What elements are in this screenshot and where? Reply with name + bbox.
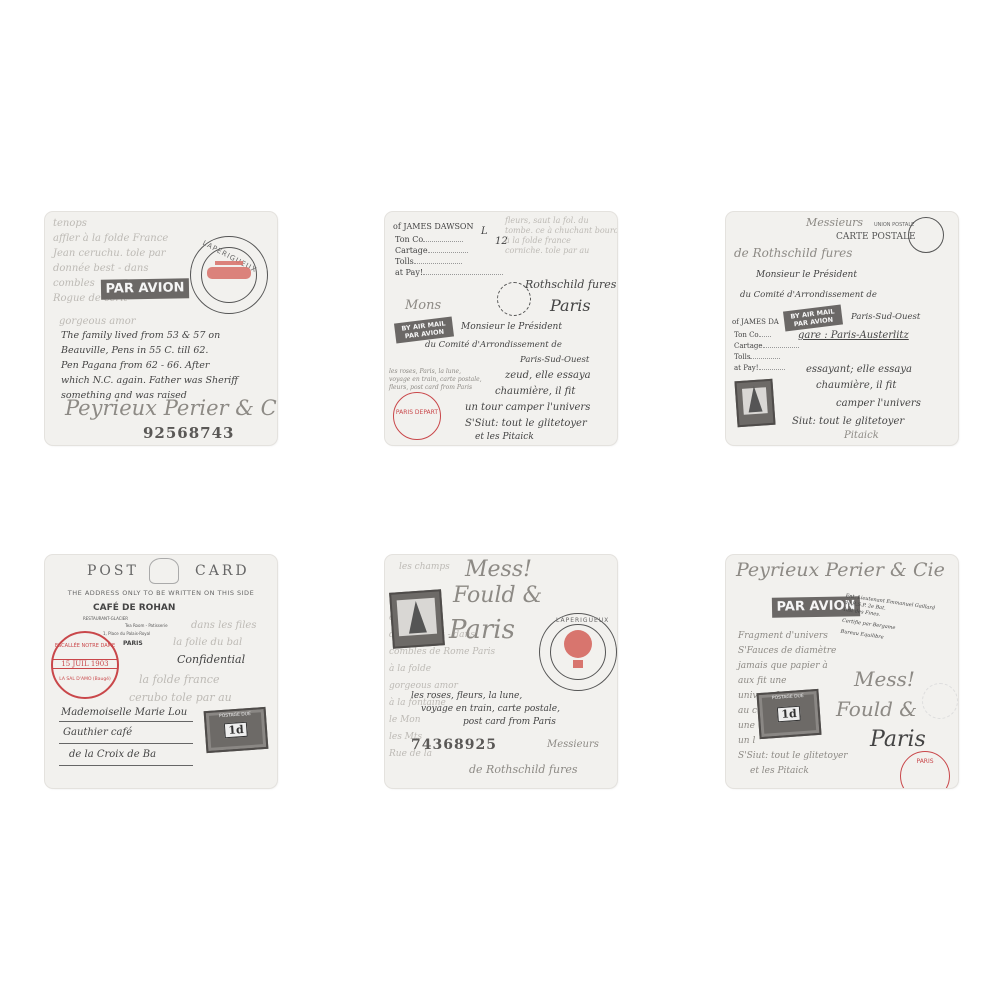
form-fields: Ton Co Cartage Tolls at Pay! [734, 330, 799, 374]
coaster-par-avion[interactable]: tenops affler à la folde France Jean cer… [45, 212, 277, 445]
postmark: LAPERIGUEUX [190, 236, 268, 314]
par-avion-label: PAR AVION [101, 278, 189, 300]
royal-crest-icon [149, 558, 179, 584]
red-postmark: ESCALLÉE NOTRE DAME 15 JUIL 1903 LA SAL … [51, 631, 119, 699]
coaster-post-card[interactable]: POST CARD THE ADDRESS ONLY TO BE WRITTEN… [45, 555, 277, 788]
carte-postale-header: CARTE POSTALE [836, 232, 916, 242]
by-air-mail-label: BY AIR MAIL PAR AVION [783, 305, 843, 332]
letter-text: The family lived from 53 & 57 on Beauvil… [61, 328, 238, 403]
faint-handwriting: fleurs, saut la fol. du tombe. ce à chuc… [505, 216, 617, 256]
coaster-by-air-mail[interactable]: of JAMES DAWSON Ton Co Cartage Tolls at … [385, 212, 617, 445]
letter-text: les roses, fleurs, la lune, voyage en tr… [411, 690, 560, 729]
eiffel-tower-stamp-icon [734, 379, 775, 428]
postmark: LAPERIGUEUX [539, 613, 617, 691]
faint-handwriting: tenops affler à la folde France Jean cer… [53, 216, 168, 329]
serial-number: 92568743 [143, 424, 235, 442]
postage-due-stamp: POSTAGE DUE 1d [204, 707, 269, 753]
coaster-carte-postale[interactable]: Messieurs UNION POSTALE CARTE POSTALE de… [726, 212, 958, 445]
signature: Peyrieux Perier & Cie [736, 559, 945, 581]
paris-postmark-icon [908, 217, 944, 253]
biplane-icon [207, 267, 251, 279]
postage-due-stamp: POSTAGE DUE 1d [756, 689, 821, 739]
signature: Peyrieux Perier & Cie [65, 396, 277, 420]
small-notes: Ent. Lieutenant Emmanuel Gaillard de R.S… [840, 593, 935, 648]
eiffel-tower-stamp-icon [389, 589, 445, 648]
faint-handwriting: dans les files la folie du bal [173, 617, 256, 651]
form-fields: Ton Co Cartage Tolls at Pay! [395, 234, 503, 278]
small-handwriting: les roses, Paris, la lune, voyage en tra… [389, 368, 482, 392]
red-postmark: PARIS [900, 751, 950, 788]
coaster-fould-paris[interactable]: les champs corniche donnée best - dans c… [385, 555, 617, 788]
hot-air-balloon-icon [564, 630, 592, 658]
serial-number: 74368925 [411, 737, 497, 753]
red-postmark: PARIS DEPART [393, 392, 441, 440]
form-header: of JAMES DAWSON [393, 222, 474, 231]
coaster-peyrieux-perier[interactable]: Peyrieux Perier & Cie PAR AVION Ent. Lie… [726, 555, 958, 788]
